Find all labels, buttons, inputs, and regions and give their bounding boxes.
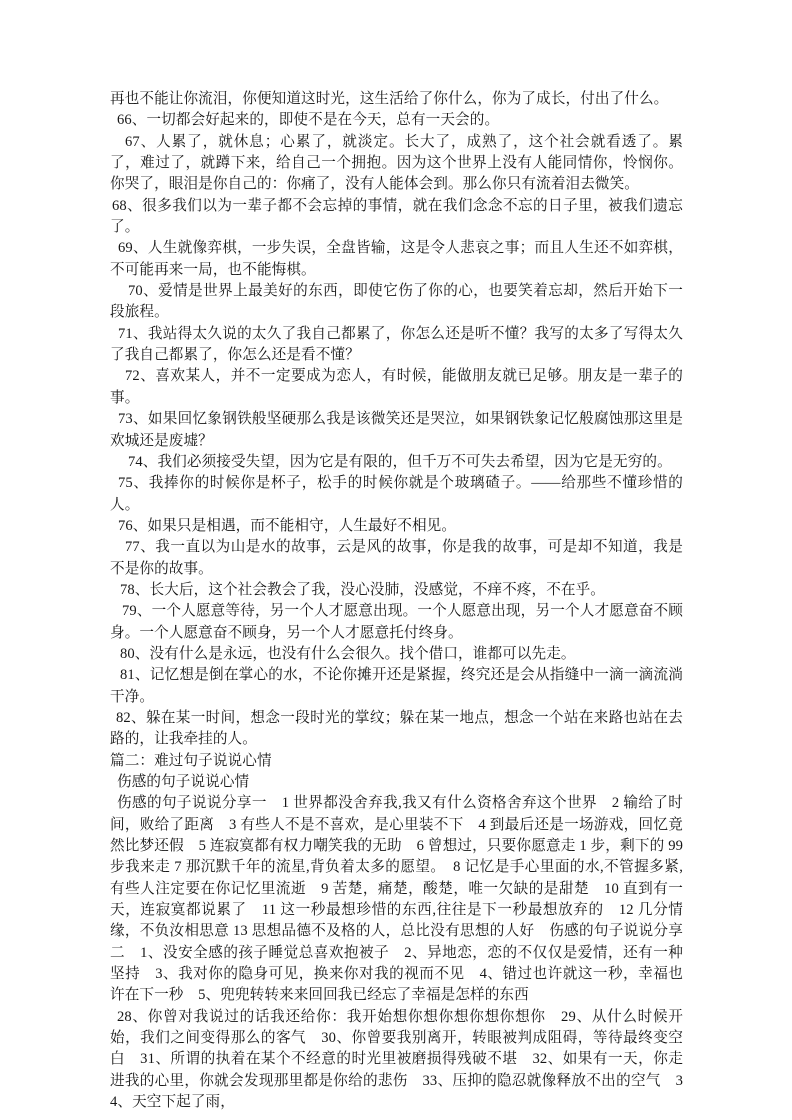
paragraph: 66、一切都会好起来的，即使不是在今天，总有一天会的。 <box>110 110 683 131</box>
paragraph: 81、记忆想是倒在掌心的水，不论你摊开还是紧握，终究还是会从指缝中一滴一滴流淌干… <box>110 665 683 708</box>
paragraph: 28、你曾对我说过的话我还给你：我开始想你想你想你想你想你 29、从什么时候开始… <box>110 1007 683 1114</box>
paragraph: 80、没有什么是永远，也没有什么会很久。找个借口，谁都可以先走。 <box>110 644 683 665</box>
paragraph: 71、我站得太久说的太久了我自己都累了，你怎么还是听不懂？我写的太多了写得太久了… <box>110 324 683 367</box>
paragraph: 78、长大后，这个社会教会了我，没心没肺，没感觉，不痒不疼，不在乎。 <box>110 580 683 601</box>
paragraph: 68、很多我们以为一辈子都不会忘掉的事情，就在我们念念不忘的日子里，被我们遗忘了… <box>110 196 683 239</box>
paragraph: 70、爱情是世界上最美好的东西，即使它伤了你的心，也要笑着忘却，然后开始下一段旅… <box>110 281 683 324</box>
paragraph: 69、人生就像弈棋，一步失误，全盘皆输，这是令人悲哀之事；而且人生还不如弈棋，不… <box>110 238 683 281</box>
paragraph: 75、我捧你的时候你是杯子，松手的时候你就是个玻璃碴子。——给那些不懂珍惜的人。 <box>110 473 683 516</box>
paragraph: 73、如果回忆象钢铁般坚硬那么我是该微笑还是哭泣，如果钢铁象记忆般腐蚀那这里是欢… <box>110 409 683 452</box>
paragraph: 72、喜欢某人，并不一定要成为恋人，有时候，能做朋友就已足够。朋友是一辈子的事。 <box>110 366 683 409</box>
paragraph: 67、人累了，就休息；心累了，就淡定。长大了，成熟了，这个社会就看透了。累了，难… <box>110 132 683 196</box>
paragraph: 79、一个人愿意等待，另一个人才愿意出现。一个人愿意出现，另一个人才愿意奋不顾身… <box>110 601 683 644</box>
document-page: 再也不能让你流泪，你便知道这时光，这生活给了你什么，你为了成长，付出了什么。66… <box>110 89 683 1114</box>
paragraph: 伤感的句子说说心情 <box>110 772 683 793</box>
paragraph: 74、我们必须接受失望，因为它是有限的，但千万不可失去希望，因为它是无穷的。 <box>110 452 683 473</box>
paragraph: 再也不能让你流泪，你便知道这时光，这生活给了你什么，你为了成长，付出了什么。 <box>110 89 683 110</box>
paragraph: 82、躲在某一时间，想念一段时光的掌纹；躲在某一地点，想念一个站在来路也站在去路… <box>110 708 683 751</box>
paragraph: 76、如果只是相遇，而不能相守，人生最好不相见。 <box>110 516 683 537</box>
paragraph: 篇二：难过句子说说心情 <box>110 751 683 772</box>
paragraph: 伤感的句子说说分享一 1 世界都没舍弃我,我又有什么资格舍弃这个世界 2 输给了… <box>110 793 683 1006</box>
paragraph: 77、我一直以为山是水的故事，云是风的故事，你是我的故事，可是却不知道，我是不是… <box>110 537 683 580</box>
